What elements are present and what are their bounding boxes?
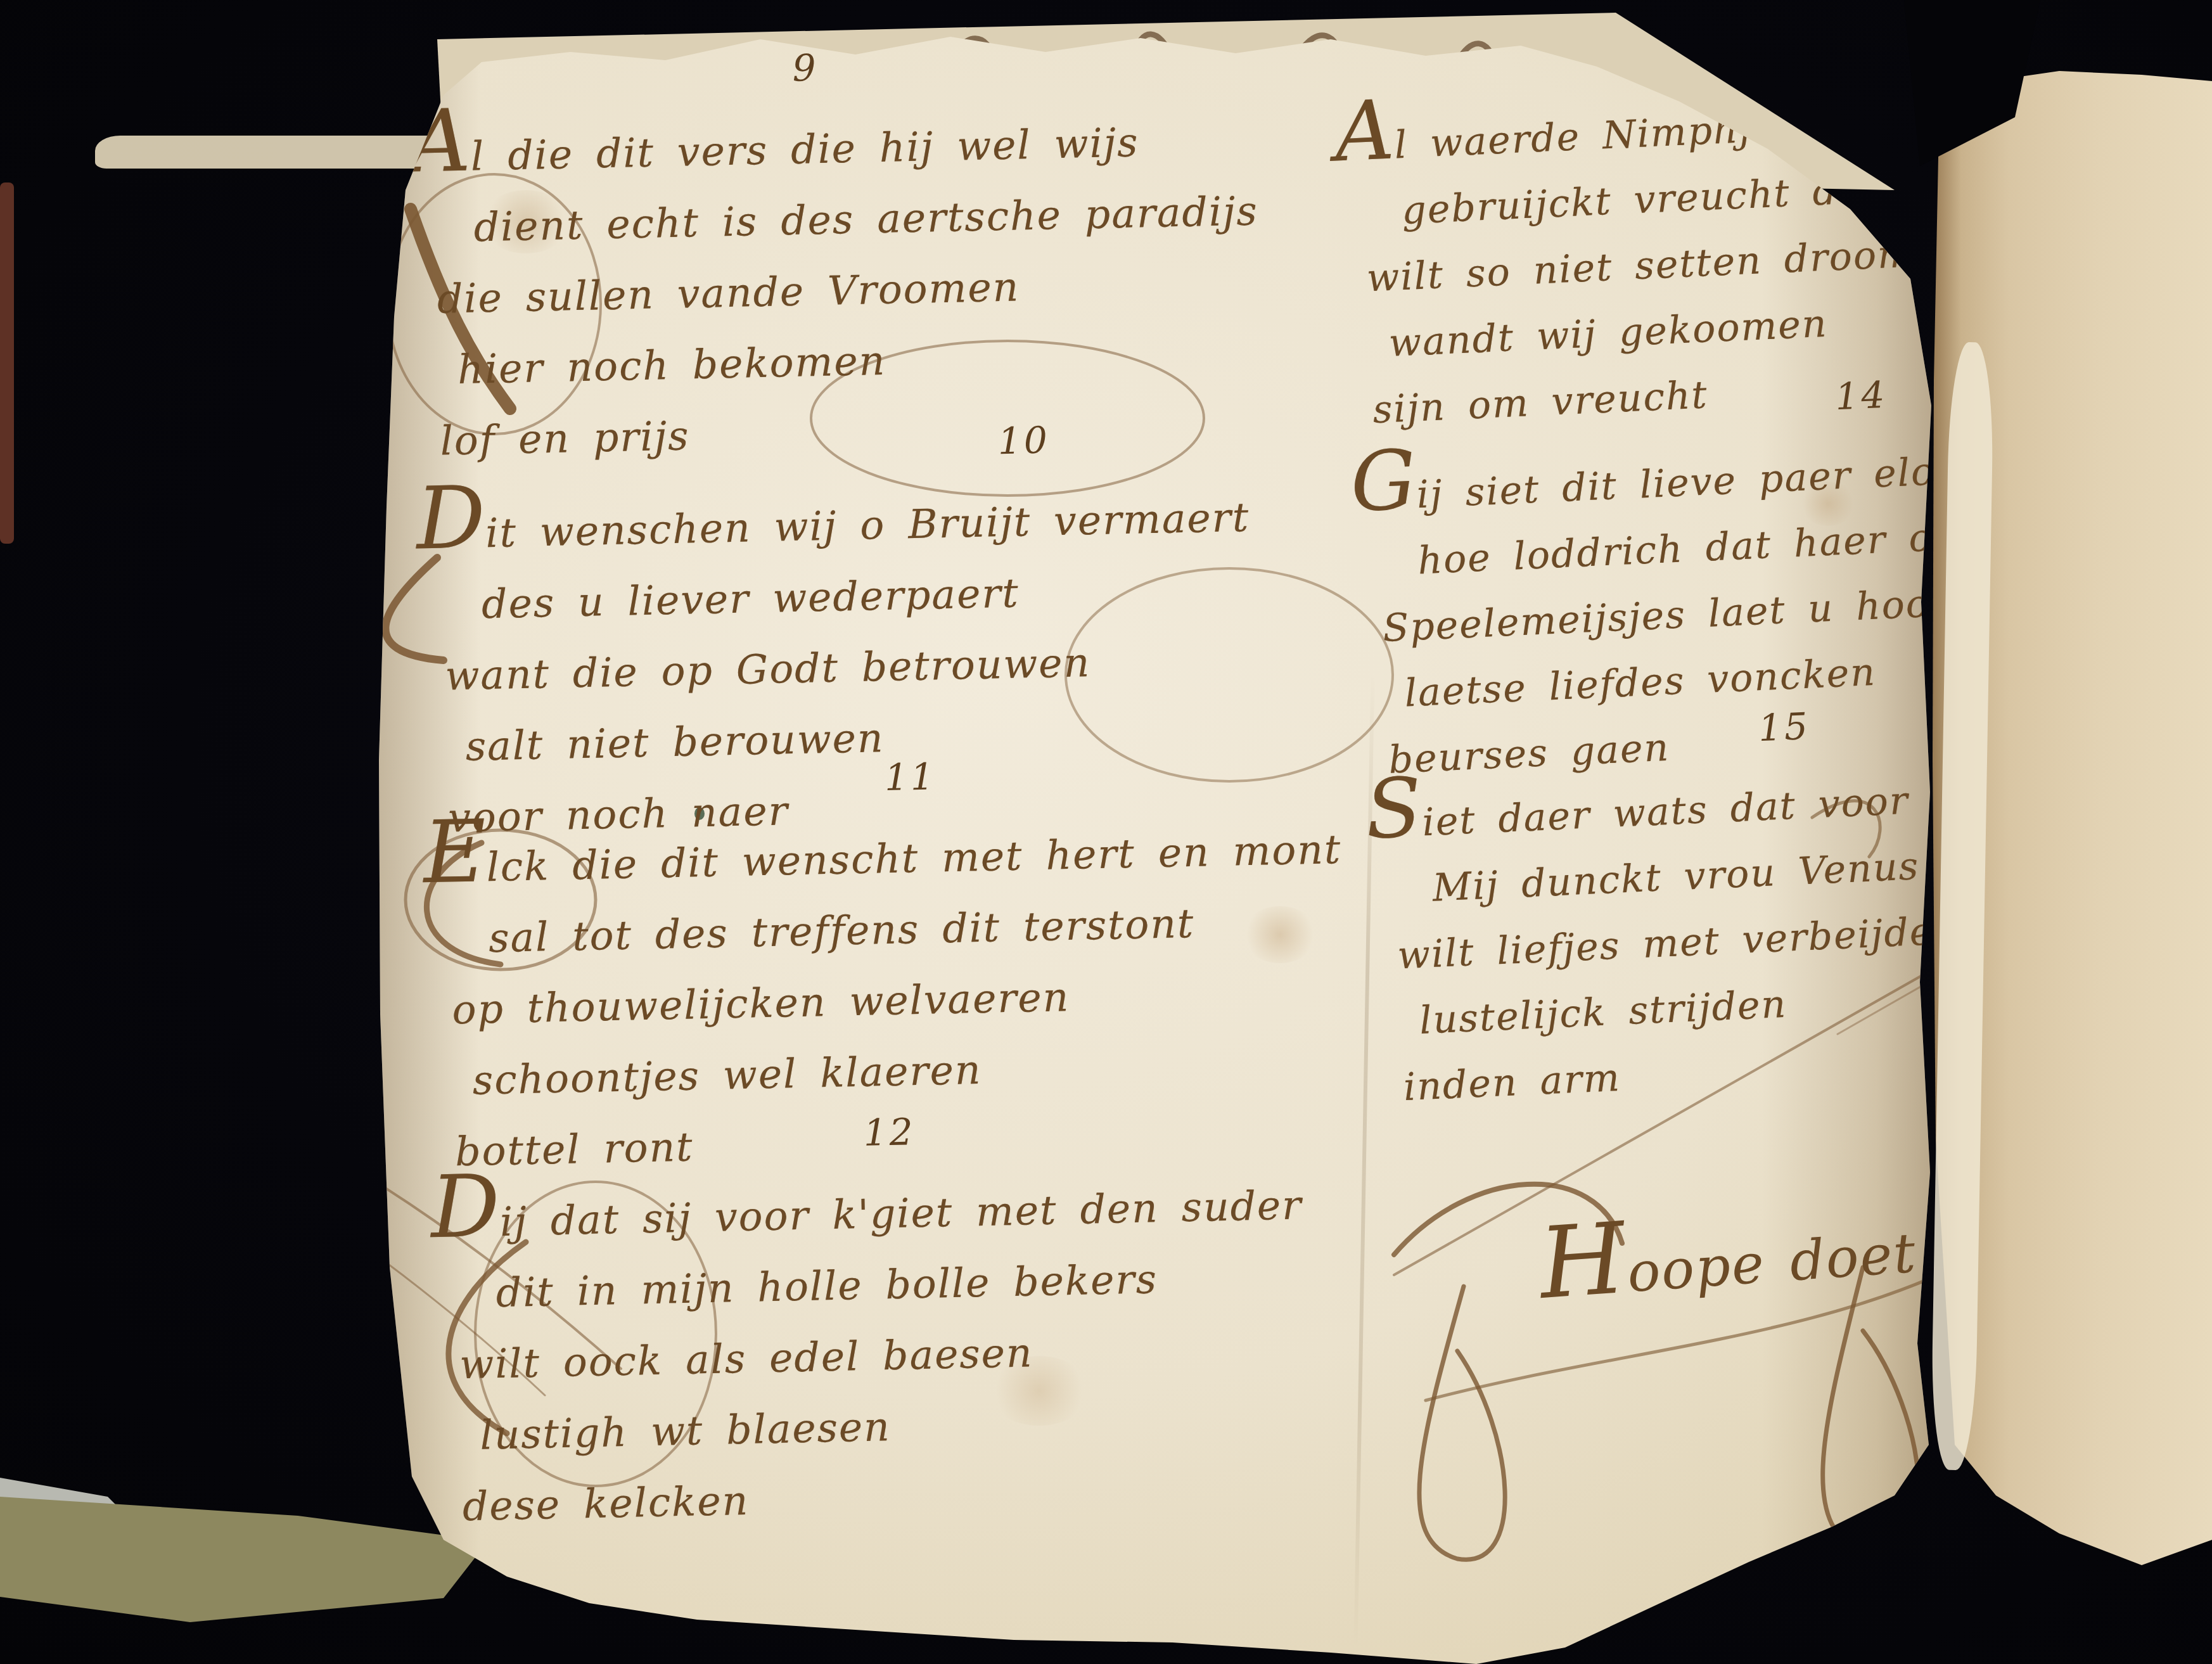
verse-9: 9 Al die dit vers die hij wel wijs dient…: [407, 35, 1353, 478]
verse-10-number: 10: [997, 412, 1353, 463]
book-cover-edge-sliver: [0, 182, 14, 544]
verse-11-number: 11: [884, 746, 1360, 799]
manuscript-photo: 9 Al die dit vers die hij wel wijs dient…: [0, 0, 2212, 1664]
verse-12: 12 Dij dat sij voor k'giet met den suder…: [429, 1101, 1376, 1543]
